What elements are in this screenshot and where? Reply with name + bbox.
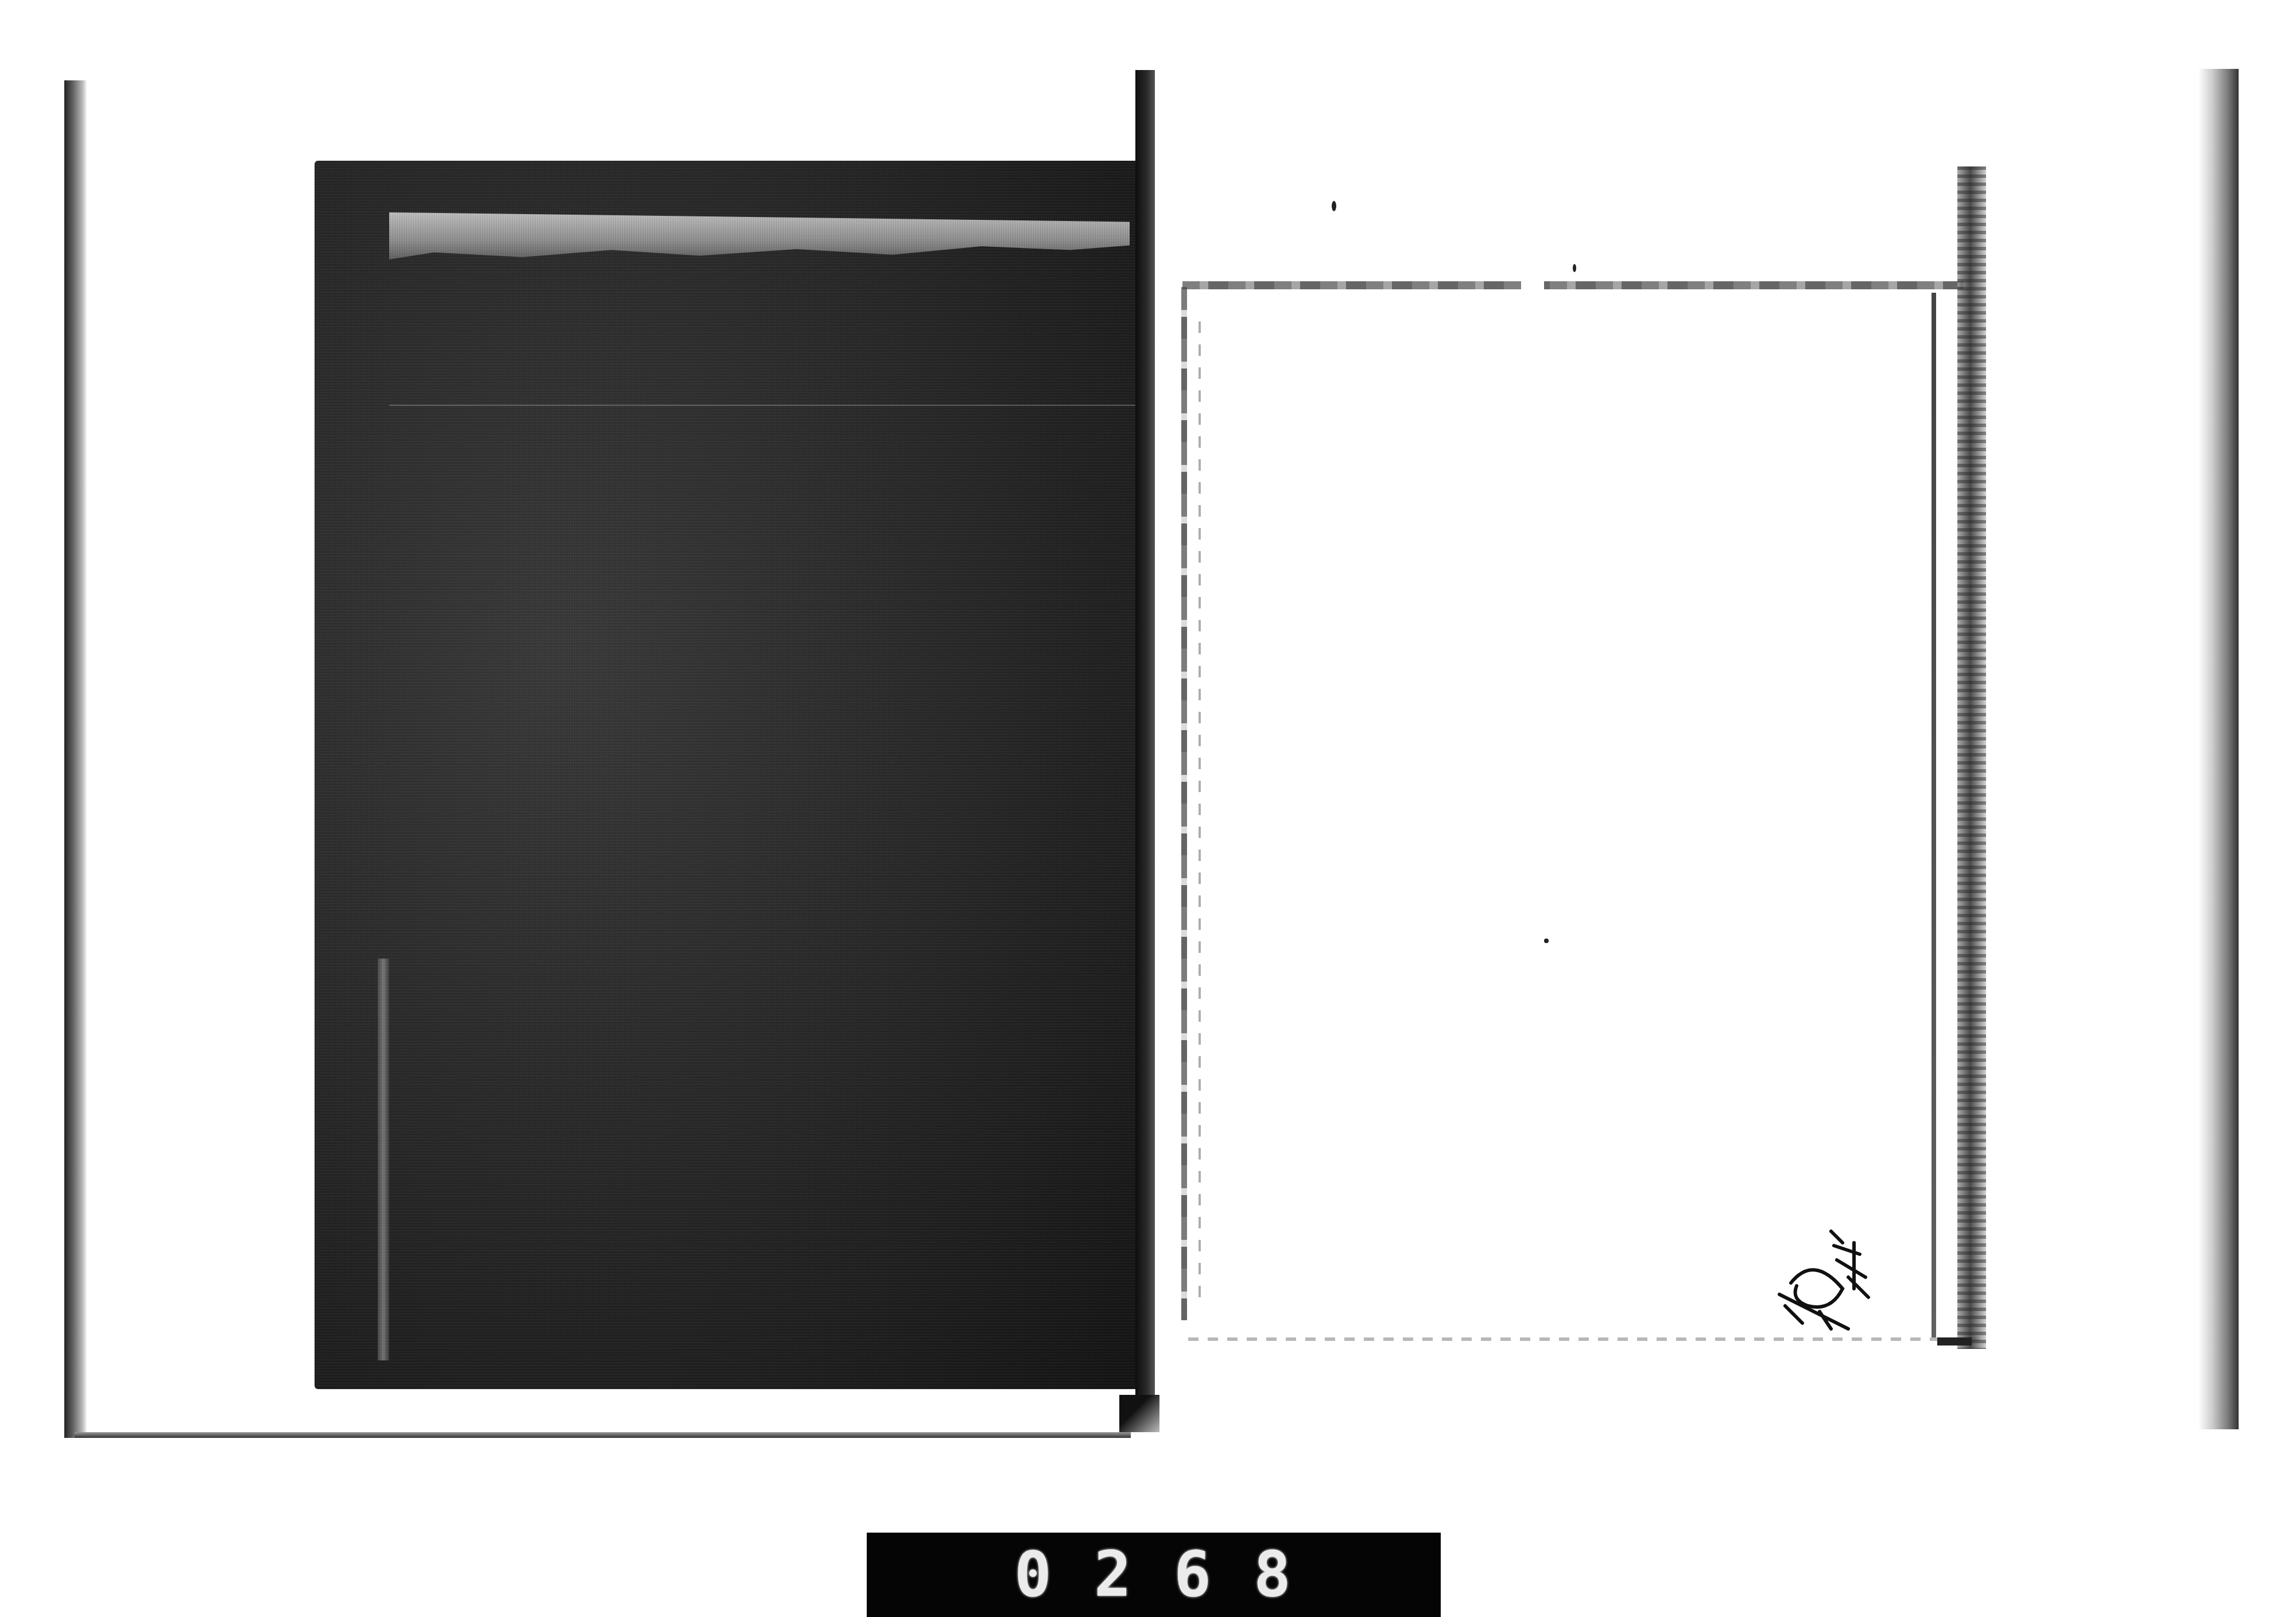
torn-label-strip — [389, 212, 1130, 259]
right-margin-strip — [1957, 166, 1986, 1349]
ink-speck — [1332, 201, 1336, 211]
ruled-frame-left-inner — [1199, 321, 1201, 1309]
dark-cover — [315, 161, 1141, 1389]
frame-digit: 6 — [1174, 1539, 1213, 1611]
cover-edge-wear — [378, 959, 389, 1360]
handwritten-annotation — [1768, 1220, 1911, 1335]
cover-crease — [389, 405, 1135, 406]
right-page-edge — [2198, 69, 2239, 1429]
ink-speck — [1544, 939, 1549, 943]
margin-tab — [1937, 1337, 1972, 1345]
left-bottom-edge — [75, 1432, 1131, 1438]
frame-digit: 8 — [1254, 1539, 1293, 1611]
frame-digit: 0 — [1014, 1539, 1054, 1611]
right-page — [1155, 69, 2205, 1435]
frame-number-plate: 0 2 6 8 — [867, 1533, 1441, 1617]
left-page-edge — [64, 80, 87, 1438]
ruled-frame-left — [1181, 287, 1187, 1320]
ruled-frame-right — [1932, 293, 1936, 1337]
ruled-frame-bottom — [1188, 1337, 1980, 1341]
handwriting-marks-icon — [1768, 1220, 1911, 1335]
ink-speck — [1573, 264, 1576, 272]
book-spine — [1135, 70, 1155, 1430]
frame-digit: 2 — [1094, 1539, 1134, 1611]
microfilm-scan: 0 2 6 8 — [0, 0, 2296, 1617]
frame-gap — [1521, 280, 1544, 292]
spine-foot — [1119, 1395, 1159, 1432]
ruled-frame-top — [1182, 281, 1963, 289]
